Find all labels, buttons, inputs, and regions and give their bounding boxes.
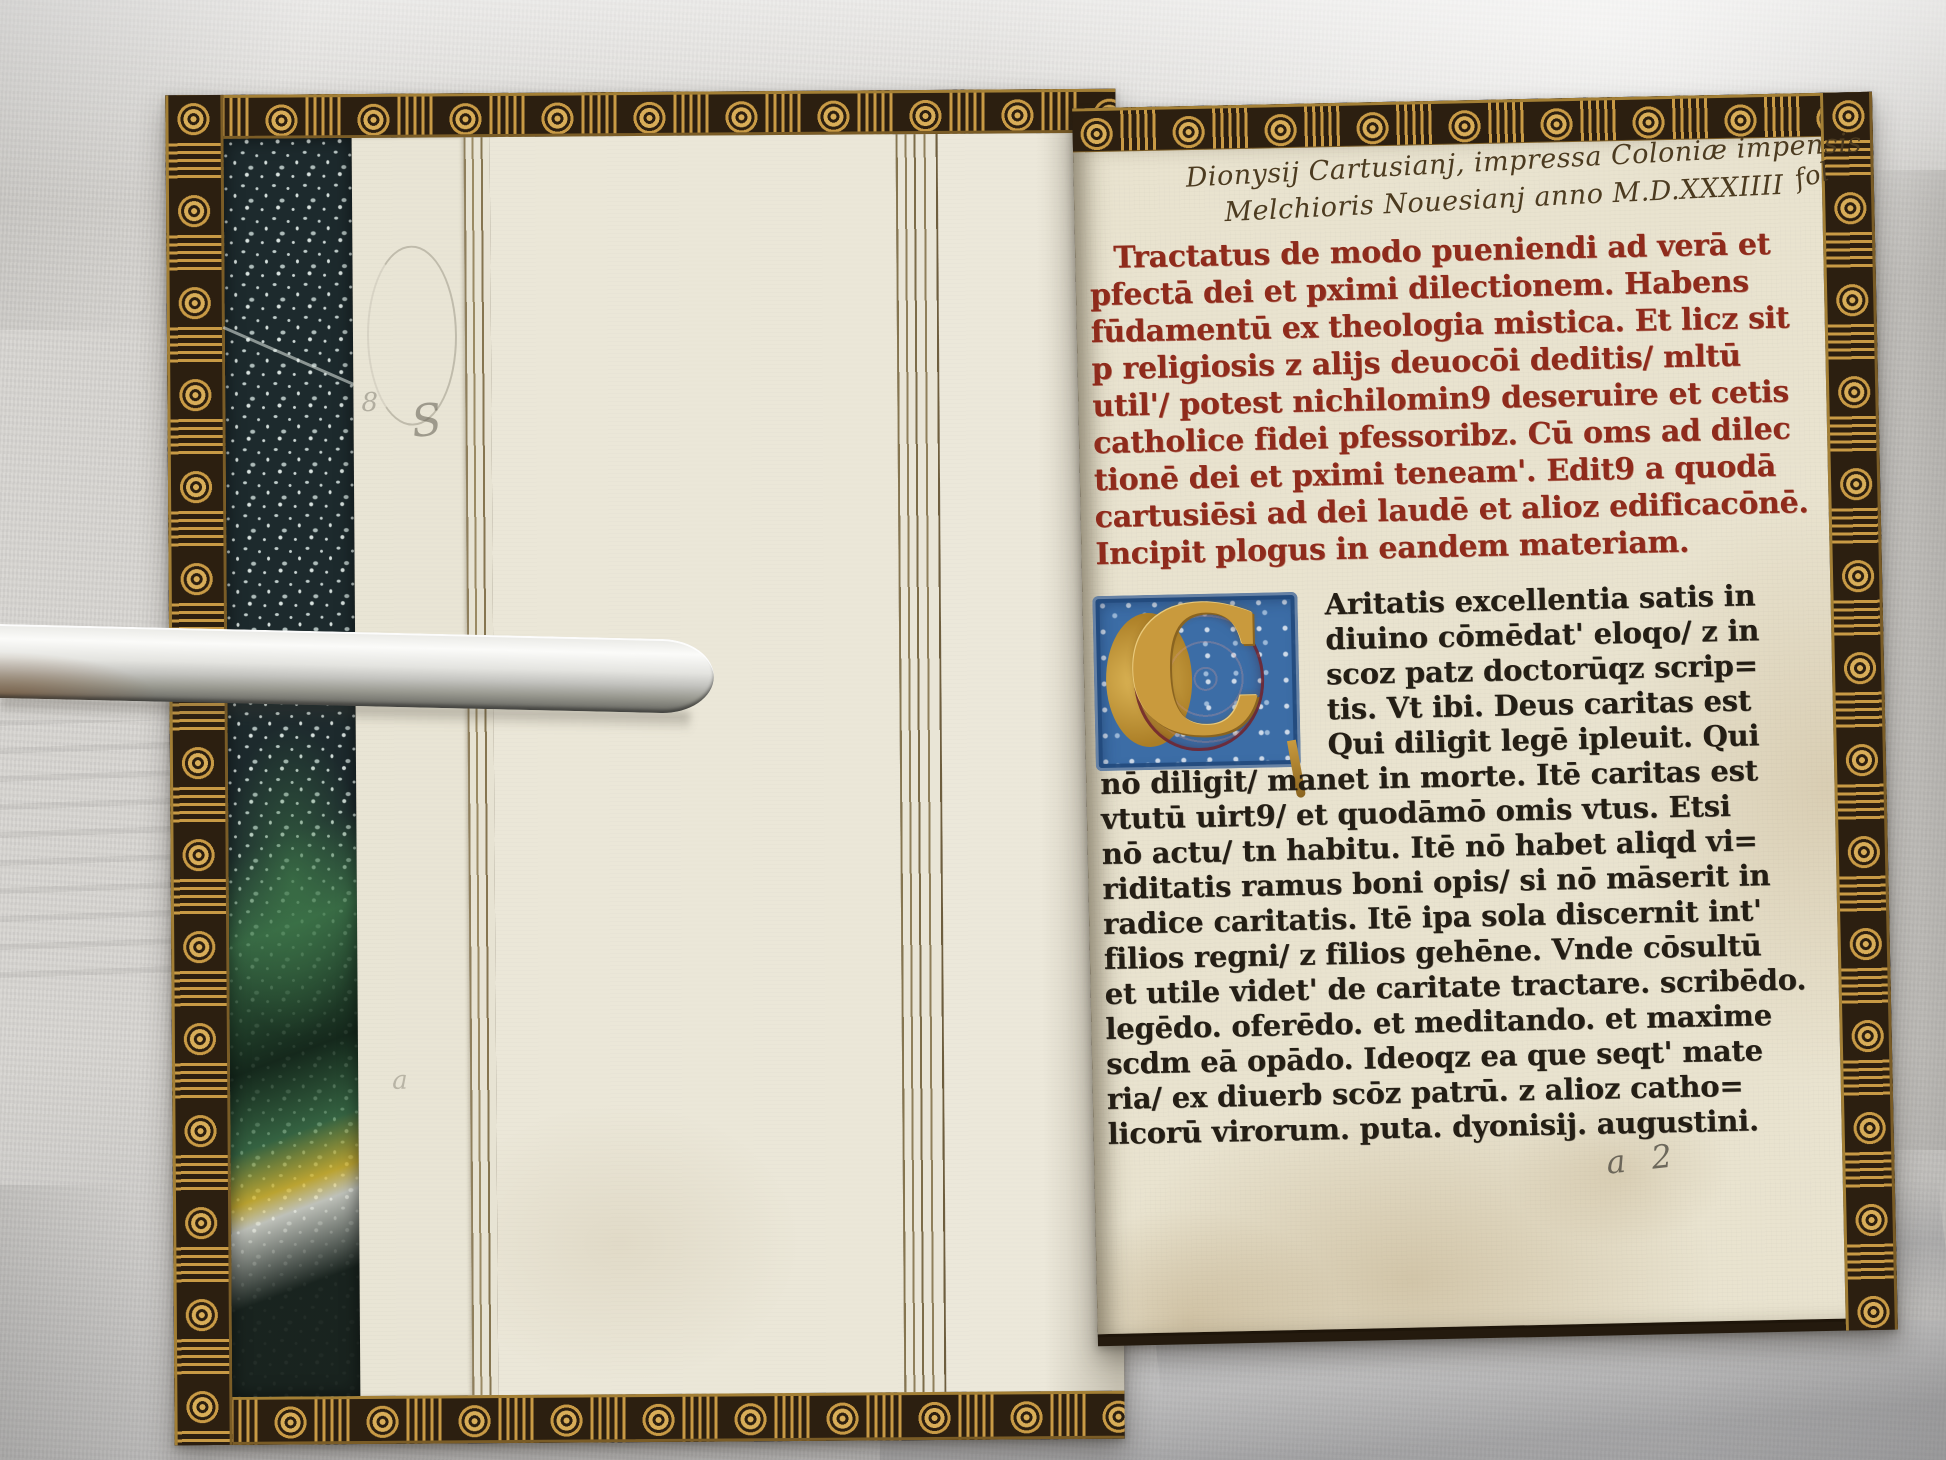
prologue-text: Aritatis excellentia satis in diuino cōm… [1096,577,1820,1152]
marbled-pastedown [224,138,361,1397]
gilt-roll-border-bottom [174,1391,1124,1446]
gilt-roll-border-left [165,95,232,1445]
photograph-of-open-book: 8 S a Dionysij Cartusianj, impressa Colo… [0,0,1946,1460]
marble-green-patch [228,717,358,1045]
left-board: 8 S a [165,89,1124,1446]
flyleaf: 8 S a [352,137,473,1396]
pencil-numeral: 8 [361,390,378,416]
gilt-roll-border-top [165,89,1115,140]
rubricated-incipit: Tractatus de modo pueniendi ad verā et p… [1089,225,1806,573]
quire-signature-mark: a 2 [1605,1139,1682,1179]
flyleaf [490,134,905,1395]
printed-recto-page: Dionysij Cartusianj, impressa Coloniæ im… [1073,137,1846,1334]
pencil-letter-a: a [392,1068,408,1094]
right-board: Dionysij Cartusianj, impressa Coloniæ im… [1072,92,1898,1346]
pencil-letter-s: S [409,398,444,445]
